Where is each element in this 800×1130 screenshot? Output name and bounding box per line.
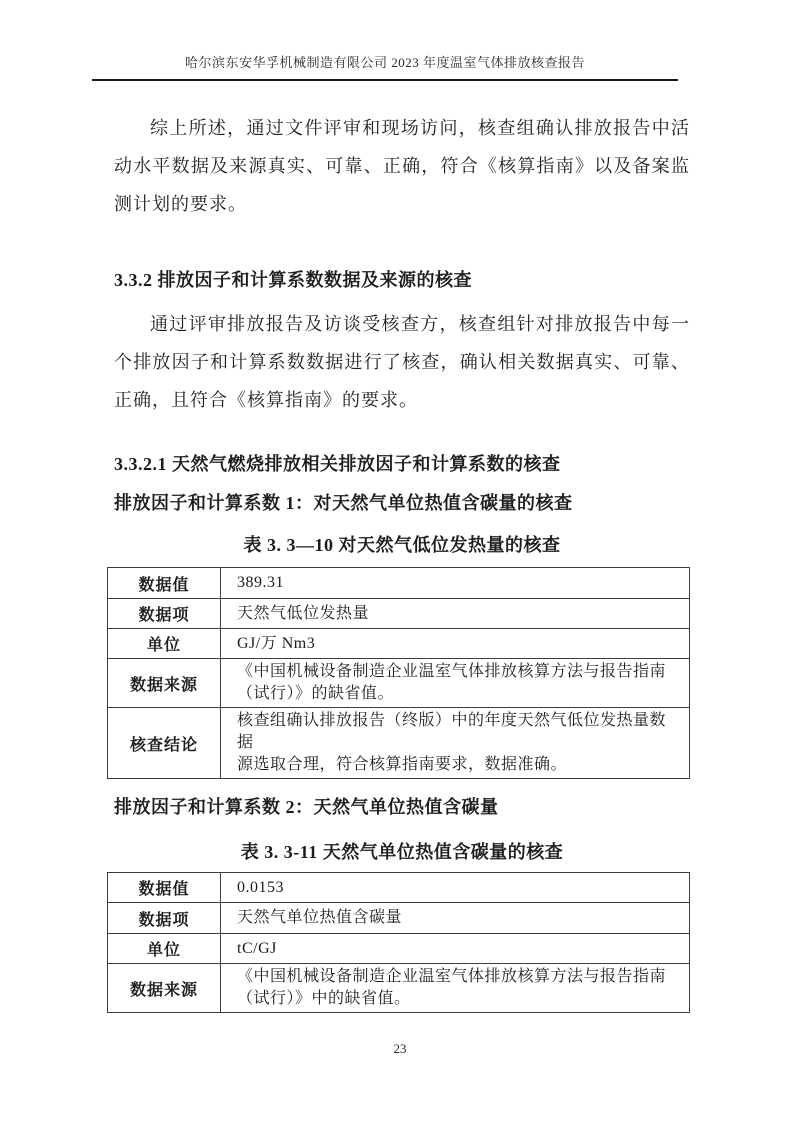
- factor2-heading: 排放因子和计算系数 2：天然气单位热值含碳量: [114, 795, 690, 819]
- paragraph-section: 通过评审排放报告及访谈受核查方，核查组针对排放报告中每一个排放因子和计算系数数据…: [114, 305, 690, 419]
- subsection-heading-3-3-2-1: 3.3.2.1 天然气燃烧排放相关排放因子和计算系数的核查: [114, 452, 690, 476]
- row-label: 数据项: [108, 903, 221, 934]
- paragraph-summary: 综上所述，通过文件评审和现场访问，核查组确认排放报告中活动水平数据及来源真实、可…: [114, 109, 690, 223]
- row-value: 天然气低位发热量: [221, 599, 690, 629]
- row-label: 数据来源: [108, 659, 221, 708]
- table-row: 数据项 天然气低位发热量: [108, 599, 690, 629]
- row-value: GJ/万 Nm3: [221, 629, 690, 659]
- document-page: 哈尔滨东安华孚机械制造有限公司 2023 年度温室气体排放核查报告 综上所述，通…: [0, 0, 800, 1130]
- row-label: 核查结论: [108, 708, 221, 779]
- table-carbon-content-per-heating-value: 数据值 0.0153 数据项 天然气单位热值含碳量 单位 tC/GJ 数据来源 …: [107, 872, 690, 1013]
- row-label: 单位: [108, 934, 221, 964]
- table-row: 数据来源 《中国机械设备制造企业温室气体排放核算方法与报告指南 （试行）》中的缺…: [108, 964, 690, 1013]
- row-value: 核查组确认排放报告（终版）中的年度天然气低位发热量数据 源选取合理，符合核算指南…: [221, 708, 690, 779]
- row-label: 数据项: [108, 599, 221, 629]
- table-row: 核查结论 核查组确认排放报告（终版）中的年度天然气低位发热量数据 源选取合理，符…: [108, 708, 690, 779]
- section-heading-3-3-2: 3.3.2 排放因子和计算系数数据及来源的核查: [114, 268, 690, 292]
- row-value: 389.31: [221, 568, 690, 599]
- row-label: 数据值: [108, 873, 221, 903]
- row-value: tC/GJ: [221, 934, 690, 964]
- table1-caption: 表 3. 3—10 对天然气低位发热量的核查: [114, 533, 690, 557]
- table-row: 单位 GJ/万 Nm3: [108, 629, 690, 659]
- row-label: 数据来源: [108, 964, 221, 1013]
- table-row: 数据来源 《中国机械设备制造企业温室气体排放核算方法与报告指南 （试行）》的缺省…: [108, 659, 690, 708]
- row-value: 0.0153: [221, 873, 690, 903]
- page-header: 哈尔滨东安华孚机械制造有限公司 2023 年度温室气体排放核查报告: [92, 52, 678, 81]
- row-label: 数据值: [108, 568, 221, 599]
- page-number: 23: [0, 1041, 800, 1057]
- table-row: 单位 tC/GJ: [108, 934, 690, 964]
- table-row: 数据值 0.0153: [108, 873, 690, 903]
- table2-caption: 表 3. 3-11 天然气单位热值含碳量的核查: [114, 840, 690, 864]
- row-value: 《中国机械设备制造企业温室气体排放核算方法与报告指南 （试行）》中的缺省值。: [221, 964, 690, 1013]
- table-row: 数据项 天然气单位热值含碳量: [108, 903, 690, 934]
- row-value: 天然气单位热值含碳量: [221, 903, 690, 934]
- row-label: 单位: [108, 629, 221, 659]
- table-row: 数据值 389.31: [108, 568, 690, 599]
- factor1-heading: 排放因子和计算系数 1：对天然气单位热值含碳量的核查: [114, 491, 690, 515]
- row-value: 《中国机械设备制造企业温室气体排放核算方法与报告指南 （试行）》的缺省值。: [221, 659, 690, 708]
- table-natural-gas-heating-value: 数据值 389.31 数据项 天然气低位发热量 单位 GJ/万 Nm3 数据来源…: [107, 567, 690, 779]
